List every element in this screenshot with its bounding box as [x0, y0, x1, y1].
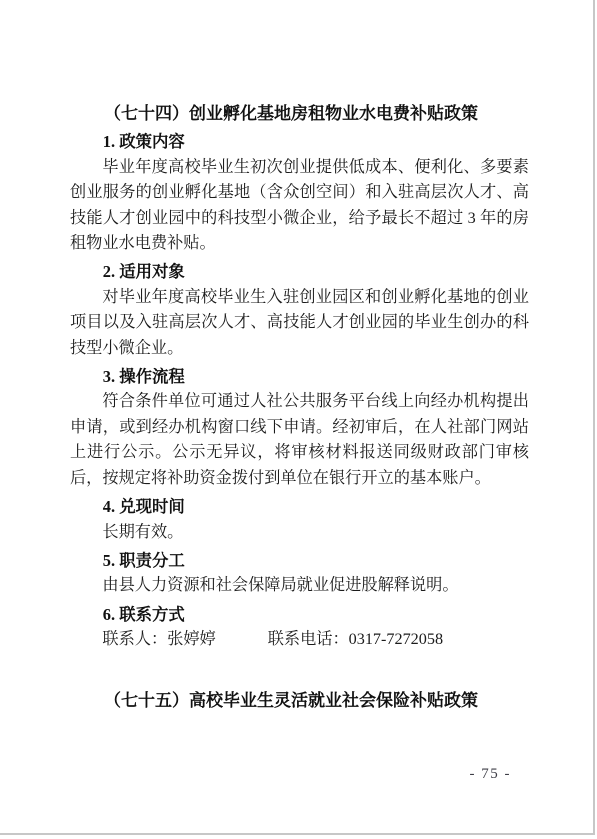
contact-person-name: 张婷婷	[167, 630, 216, 648]
responsibility-division-paragraph: 由县人力资源和社会保障局就业促进股解释说明。	[70, 573, 529, 598]
realization-time-paragraph: 长期有效。	[70, 520, 529, 545]
sub-heading-responsibility-division: 5. 职责分工	[70, 548, 529, 573]
sub-heading-applicable-targets: 2. 适用对象	[70, 259, 529, 284]
policy-content-paragraph: 毕业年度高校毕业生初次创业提供低成本、便利化、多要素创业服务的创业孵化基地（含众…	[70, 155, 529, 257]
page-content: （七十四）创业孵化基地房租物业水电费补贴政策 1. 政策内容 毕业年度高校毕业生…	[70, 101, 529, 713]
sub-heading-contact-info: 6. 联系方式	[70, 602, 529, 627]
page-number: - 75 -	[470, 766, 512, 783]
section-74-heading: （七十四）创业孵化基地房租物业水电费补贴政策	[70, 101, 529, 126]
contact-phone-number: 0317-7272058	[349, 630, 443, 648]
applicable-targets-paragraph: 对毕业年度高校毕业生入驻创业园区和创业孵化基地的创业项目以及入驻高层次人才、高技…	[70, 285, 529, 361]
operation-process-paragraph: 符合条件单位可通过人社公共服务平台线上向经办机构提出申请，或到经办机构窗口线下申…	[70, 389, 529, 491]
sub-heading-operation-process: 3. 操作流程	[70, 364, 529, 389]
sub-heading-realization-time: 4. 兑现时间	[70, 494, 529, 519]
document-page: （七十四）创业孵化基地房租物业水电费补贴政策 1. 政策内容 毕业年度高校毕业生…	[0, 0, 595, 835]
contact-line: 联系人：张婷婷联系电话：0317-7272058	[70, 627, 529, 652]
section-75-heading: （七十五）高校毕业生灵活就业社会保险补贴政策	[70, 688, 529, 713]
contact-phone-label: 联系电话：	[268, 630, 349, 648]
contact-person-label: 联系人：	[102, 630, 167, 648]
sub-heading-policy-content: 1. 政策内容	[70, 129, 529, 154]
